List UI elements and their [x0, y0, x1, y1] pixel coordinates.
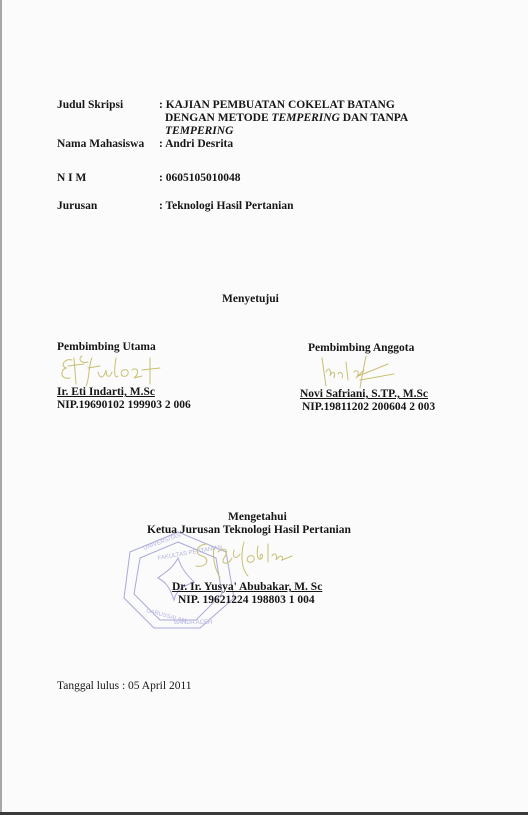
- department-head-name: Dr. Ir. Yusya' Abubakar, M. Sc: [172, 581, 322, 594]
- main-supervisor-name: Ir. Eti Indarti, M.Sc: [57, 386, 191, 399]
- info-label: Nama Mahasiswa: [57, 138, 157, 151]
- title-line-3: TEMPERING: [165, 125, 233, 137]
- main-supervisor-nip: NIP.19690102 199903 2 006: [57, 399, 191, 412]
- thesis-title: : KAJIAN PEMBUATAN COKELAT BATANG DENGAN…: [159, 99, 459, 138]
- graduation-date: Tanggal lulus : 05 April 2011: [57, 680, 192, 692]
- department-head-signature: [188, 536, 308, 584]
- info-value: : Andri Desrita: [159, 138, 459, 151]
- member-supervisor-nip: NIP.19811202 200604 2 003: [300, 401, 435, 414]
- member-supervisor-signature: [318, 352, 398, 390]
- page-left-edge: [0, 0, 2, 815]
- approval-heading: Menyetujui: [222, 293, 279, 305]
- info-label: Jurusan: [57, 200, 157, 213]
- department-head-nip: NIP. 19621224 198803 1 004: [172, 594, 322, 607]
- info-value: : Teknologi Hasil Pertanian: [159, 200, 459, 213]
- department-head-role: Ketua Jurusan Teknologi Hasil Pertanian: [147, 524, 351, 536]
- acknowledgement-heading: Mengetahui: [228, 511, 287, 523]
- title-line-2c: DAN TANPA: [340, 112, 408, 124]
- title-line-1: : KAJIAN PEMBUATAN COKELAT BATANG: [159, 99, 395, 111]
- main-supervisor-details: Ir. Eti Indarti, M.Sc NIP.19690102 19990…: [57, 386, 191, 412]
- member-supervisor-name: Novi Safriani, S.TP., M.Sc: [300, 388, 435, 401]
- info-label: N I M: [57, 172, 157, 185]
- member-supervisor-details: Novi Safriani, S.TP., M.Sc NIP.19811202 …: [300, 388, 435, 414]
- title-line-2b: TEMPERING: [272, 112, 340, 124]
- title-line-2a: DENGAN METODE: [165, 112, 272, 124]
- main-supervisor-signature: [58, 352, 193, 388]
- department-head-details: Dr. Ir. Yusya' Abubakar, M. Sc NIP. 1962…: [172, 581, 322, 607]
- svg-text:BANDA ACEH: BANDA ACEH: [174, 620, 212, 626]
- info-value: : 0605105010048: [159, 172, 459, 185]
- info-label: Judul Skripsi: [57, 99, 157, 112]
